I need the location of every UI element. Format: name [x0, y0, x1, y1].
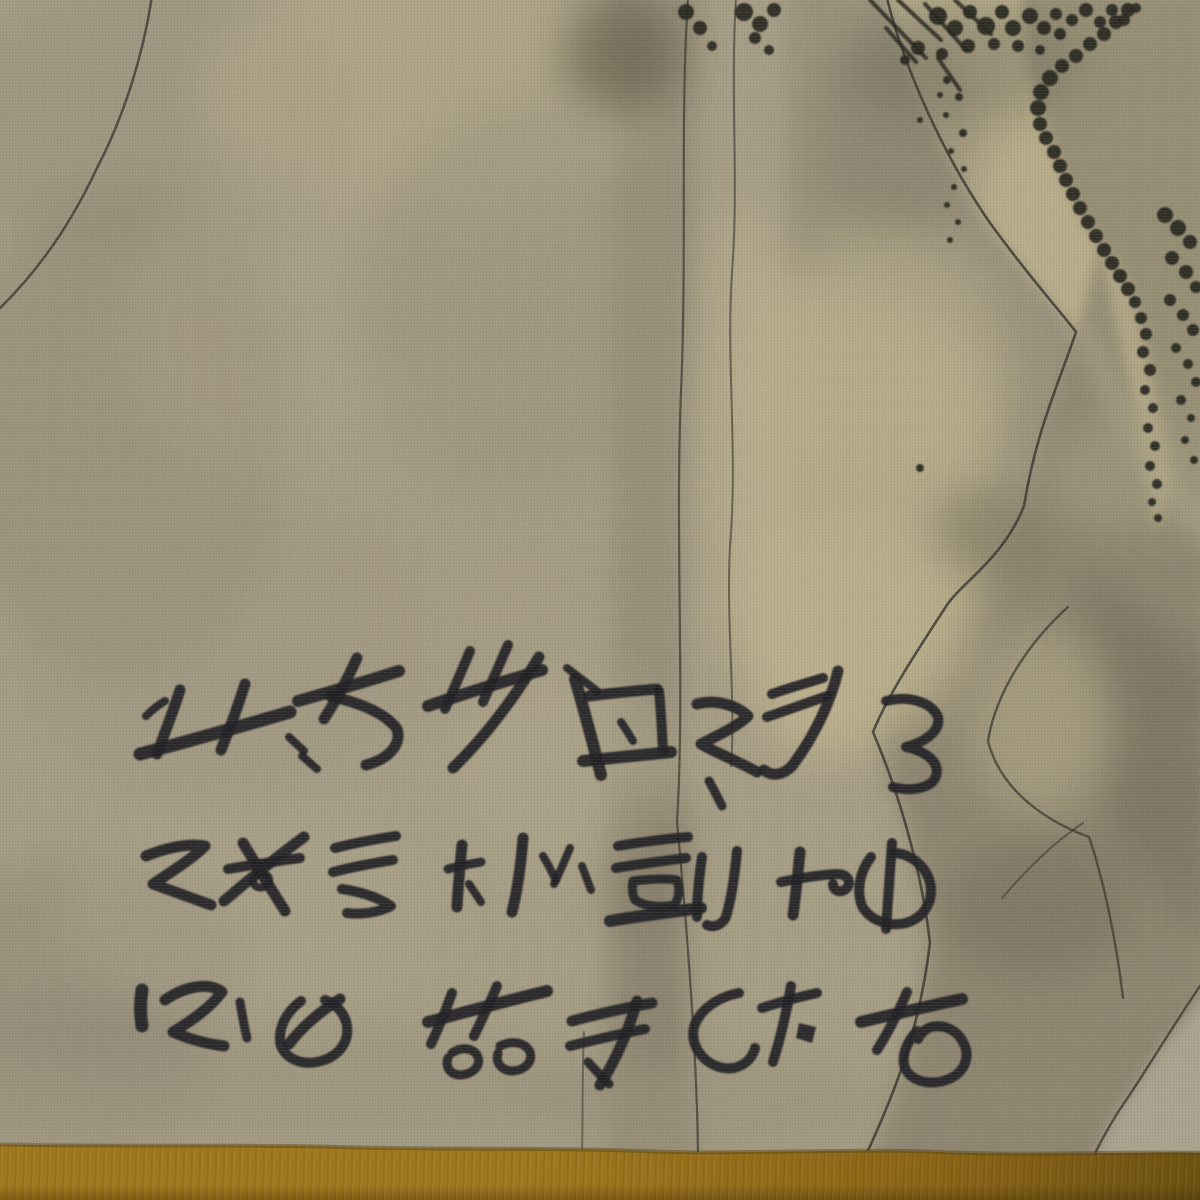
ink-wash-painting [0, 0, 1200, 1200]
photo-of-framed-ink-painting [0, 0, 1200, 1200]
silk-grain-dark [0, 0, 1200, 1160]
